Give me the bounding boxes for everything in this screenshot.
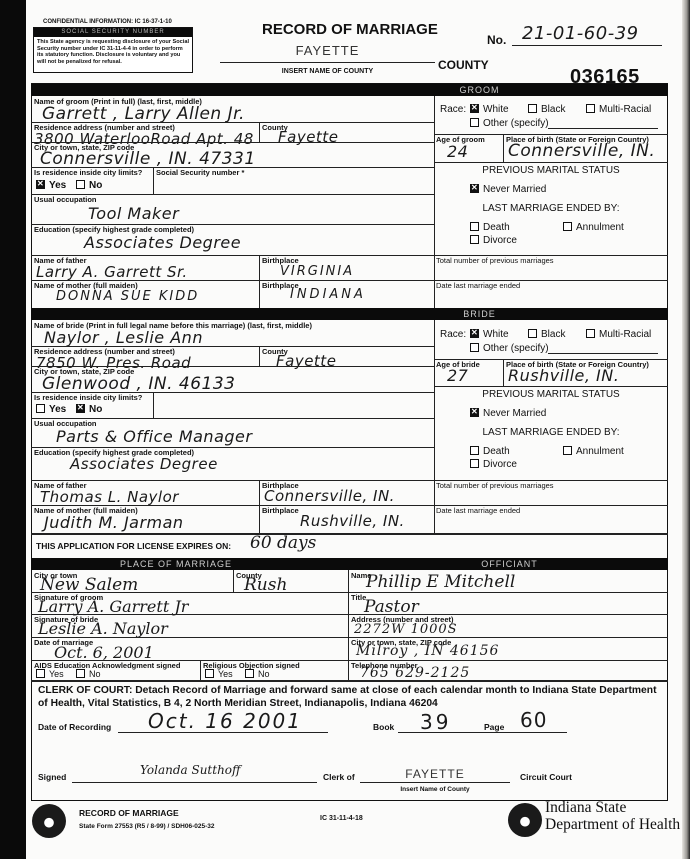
footer-form-title: RECORD OF MARRIAGE: [79, 808, 179, 818]
header-county-line: [220, 62, 435, 63]
checkbox-icon[interactable]: [245, 669, 254, 678]
option-label: White: [483, 104, 509, 115]
divider: [503, 134, 504, 162]
checkbox-checked-icon[interactable]: [470, 184, 479, 193]
bride-never-married[interactable]: Never Married: [470, 408, 546, 419]
checkbox-icon[interactable]: [470, 343, 479, 352]
religious-yes[interactable]: Yes: [205, 669, 233, 679]
checkbox-checked-icon[interactable]: [470, 329, 479, 338]
checkbox-checked-icon[interactable]: [76, 404, 85, 413]
groom-section-bar: GROOM: [31, 84, 668, 96]
option-label: Yes: [49, 180, 66, 191]
option-label: Yes: [218, 669, 233, 679]
officiant-section-label: OFFICIANT: [351, 558, 668, 570]
header-county-value: FAYETTE: [220, 43, 435, 58]
ssn-notice-bar: SOCIAL SECURITY NUMBER: [34, 28, 192, 37]
recording-date-field[interactable]: Oct. 16 2001: [148, 709, 302, 733]
scan-left-border: [0, 0, 26, 859]
checkbox-icon[interactable]: [528, 104, 537, 113]
groom-column-divider: [434, 96, 435, 308]
groom-education-field[interactable]: Associates Degree: [84, 233, 241, 252]
checkbox-icon[interactable]: [470, 118, 479, 127]
health-department-seal-icon: [508, 803, 542, 837]
groom-city-limits-label: Is residence inside city limits?: [34, 168, 142, 177]
checkbox-icon[interactable]: [586, 104, 595, 113]
bride-race-other[interactable]: Other (specify): [470, 343, 549, 354]
option-label: Never Married: [483, 408, 546, 419]
clerk-of-label: Clerk of: [323, 772, 355, 782]
divider: [503, 359, 504, 386]
bride-prev-status-heading: PREVIOUS MARITAL STATUS: [434, 389, 668, 400]
groom-occupation-label: Usual occupation: [34, 195, 97, 204]
clerk-county-caption: Insert Name of County: [360, 786, 510, 793]
clerk-instruction: CLERK OF COURT: Detach Record of Marriag…: [38, 684, 664, 710]
checkbox-icon[interactable]: [36, 404, 45, 413]
option-label: White: [483, 329, 509, 340]
bride-section-bar: BRIDE: [31, 308, 668, 320]
groom-ssn-label: Social Security number *: [156, 168, 244, 177]
bride-city-field[interactable]: Glenwood , IN. 46133: [42, 374, 235, 394]
option-label: No: [89, 669, 101, 679]
bride-section-label: BRIDE: [463, 309, 496, 319]
option-label: No: [89, 404, 102, 415]
aids-yes[interactable]: Yes: [36, 669, 64, 679]
license-expires-field[interactable]: 60 days: [250, 533, 316, 553]
ssn-notice-text: This State agency is requesting disclosu…: [34, 37, 192, 67]
officiant-name-field[interactable]: Phillip E Mitchell: [366, 572, 515, 592]
officiant-phone-field[interactable]: 765 629-2125: [360, 665, 470, 681]
groom-ended-death[interactable]: Death: [470, 222, 510, 233]
bride-occupation-field[interactable]: Parts & Office Manager: [56, 427, 252, 446]
header-county-caption: INSERT NAME OF COUNTY: [220, 68, 435, 75]
groom-prev-status-heading: PREVIOUS MARITAL STATUS: [434, 165, 668, 176]
bride-last-ended-heading: LAST MARRIAGE ENDED BY:: [434, 427, 668, 438]
place-column-divider: [348, 570, 349, 680]
groom-father-birthplace-field[interactable]: VIRGINIA: [280, 264, 354, 279]
groom-last-ended-heading: LAST MARRIAGE ENDED BY:: [434, 203, 668, 214]
aids-no[interactable]: No: [76, 669, 101, 679]
groom-race-other-line: [548, 128, 658, 129]
divider: [233, 570, 234, 592]
divider: [360, 782, 510, 783]
groom-race-white[interactable]: White: [470, 104, 509, 115]
option-label: Annulment: [576, 222, 624, 233]
clerk-county-field[interactable]: FAYETTE: [360, 767, 510, 781]
checkbox-icon[interactable]: [470, 446, 479, 455]
divider: [259, 122, 260, 142]
recording-date-label: Date of Recording: [38, 722, 111, 732]
checkbox-icon[interactable]: [76, 669, 85, 678]
checkbox-icon[interactable]: [470, 222, 479, 231]
state-seal-icon: [32, 804, 66, 838]
divider: [31, 533, 668, 535]
bride-city-limits-yes[interactable]: Yes: [36, 404, 66, 415]
groom-ended-divorce[interactable]: Divorce: [470, 235, 517, 246]
option-label: Multi-Racial: [599, 329, 651, 340]
option-label: Multi-Racial: [599, 104, 651, 115]
scan-right-edge: [682, 0, 690, 859]
divider: [348, 592, 668, 593]
divider: [505, 732, 567, 733]
option-label: Other (specify): [483, 343, 549, 354]
groom-city-field[interactable]: Connersville , IN. 47331: [40, 149, 256, 169]
bride-race-black[interactable]: Black: [528, 329, 565, 340]
signed-label: Signed: [38, 772, 66, 782]
groom-total-prev-label[interactable]: Total number of previous marriages: [436, 256, 554, 265]
place-officiant-bar: PLACE OF MARRIAGE OFFICIANT: [31, 558, 668, 570]
option-label: Death: [483, 446, 510, 457]
groom-race-label: Race:: [440, 104, 466, 115]
bride-total-prev-label[interactable]: Total number of previous marriages: [436, 481, 554, 490]
divider: [31, 680, 668, 682]
bride-mother-birthplace-label: Birthplace: [262, 506, 299, 515]
marriage-record-page: CONFIDENTIAL INFORMATION: IC 16-37-1-10 …: [0, 0, 690, 859]
checkbox-icon[interactable]: [36, 669, 45, 678]
groom-name-field[interactable]: Garrett , Larry Allen Jr.: [42, 104, 245, 124]
bride-father-field[interactable]: Thomas L. Naylor: [40, 488, 179, 506]
option-label: Divorce: [483, 459, 517, 470]
groom-occupation-field[interactable]: Tool Maker: [88, 204, 179, 223]
option-label: Annulment: [576, 446, 624, 457]
option-label: Black: [541, 329, 565, 340]
option-label: Other (specify): [483, 118, 549, 129]
divider: [259, 255, 260, 308]
groom-section-label: GROOM: [460, 85, 500, 95]
groom-father-field[interactable]: Larry A. Garrett Sr.: [36, 263, 188, 281]
bride-date-last-label[interactable]: Date last marriage ended: [436, 506, 520, 515]
record-number-label: No.: [487, 33, 506, 47]
footer-statute: IC 31-11-4-18: [320, 815, 363, 822]
groom-race-multiracial[interactable]: Multi-Racial: [586, 104, 651, 115]
bride-education-field[interactable]: Associates Degree: [70, 455, 218, 473]
checkbox-icon[interactable]: [563, 446, 572, 455]
bride-father-birthplace-field[interactable]: Connersville, IN.: [264, 487, 395, 505]
footer-agency-line2: Department of Health: [545, 816, 680, 833]
license-expires-label: THIS APPLICATION FOR LICENSE EXPIRES ON:: [36, 541, 231, 551]
divider: [434, 162, 668, 163]
record-number-line: [512, 45, 662, 46]
groom-date-last-label[interactable]: Date last marriage ended: [436, 281, 520, 290]
form-title: RECORD OF MARRIAGE: [262, 21, 438, 38]
officiant-city-field[interactable]: Milroy , IN 46156: [356, 643, 499, 659]
option-label: Divorce: [483, 235, 517, 246]
bride-race-other-line: [548, 353, 658, 354]
groom-race-other[interactable]: Other (specify): [470, 118, 549, 129]
checkbox-icon[interactable]: [528, 329, 537, 338]
divider: [31, 480, 434, 481]
bride-birthplace-field[interactable]: Rushville, IN.: [508, 366, 619, 385]
checkbox-checked-icon[interactable]: [470, 408, 479, 417]
option-label: Yes: [49, 669, 64, 679]
bride-city-limits-label: Is residence inside city limits?: [34, 393, 142, 402]
groom-age-field[interactable]: 24: [447, 142, 468, 161]
groom-ended-annulment[interactable]: Annulment: [563, 222, 624, 233]
divider: [259, 346, 260, 366]
groom-city-limits-yes[interactable]: Yes: [36, 180, 66, 191]
book-label: Book: [373, 722, 394, 732]
religious-no[interactable]: No: [245, 669, 270, 679]
page-field[interactable]: 60: [520, 708, 547, 732]
circuit-court-label: Circuit Court: [520, 772, 572, 782]
ssn-notice-box: SOCIAL SECURITY NUMBER This State agency…: [33, 27, 193, 73]
page-label: Page: [484, 722, 504, 732]
groom-mother-birthplace-field[interactable]: INDIANA: [290, 287, 366, 302]
divider: [398, 732, 506, 733]
checkbox-icon[interactable]: [563, 222, 572, 231]
checkbox-icon[interactable]: [470, 235, 479, 244]
groom-mother-field[interactable]: DONNA SUE KIDD: [56, 289, 199, 304]
footer-agency-line1: Indiana State: [545, 799, 680, 816]
groom-birthplace-field[interactable]: Connersville, IN.: [508, 141, 655, 161]
record-number-value: 21-01-60-39: [522, 23, 639, 44]
checkbox-icon[interactable]: [586, 329, 595, 338]
bride-age-field[interactable]: 27: [447, 366, 468, 385]
divider: [72, 782, 317, 783]
option-label: Never Married: [483, 184, 546, 195]
bride-ended-annulment[interactable]: Annulment: [563, 446, 624, 457]
bride-name-field[interactable]: Naylor , Leslie Ann: [44, 328, 203, 347]
option-label: Yes: [49, 404, 66, 415]
officiant-address-field[interactable]: 2272W 1000S: [354, 622, 458, 637]
option-label: Death: [483, 222, 510, 233]
groom-county-field[interactable]: Fayette: [278, 128, 338, 146]
checkbox-icon[interactable]: [76, 180, 85, 189]
checkbox-checked-icon[interactable]: [36, 180, 45, 189]
bride-ended-divorce[interactable]: Divorce: [470, 459, 517, 470]
bride-race-white[interactable]: White: [470, 329, 509, 340]
footer-agency: Indiana State Department of Health: [545, 799, 680, 833]
place-section-label: PLACE OF MARRIAGE: [31, 558, 321, 570]
checkbox-checked-icon[interactable]: [470, 104, 479, 113]
bride-mother-field[interactable]: Judith M. Jarman: [44, 513, 184, 532]
option-label: Black: [541, 104, 565, 115]
checkbox-icon[interactable]: [470, 459, 479, 468]
footer-form-number: State Form 27553 (R5 / 8-99) / SDH06-025…: [79, 823, 214, 830]
bride-ended-death[interactable]: Death: [470, 446, 510, 457]
divider: [259, 480, 260, 533]
bride-race-label: Race:: [440, 329, 466, 340]
option-label: No: [89, 180, 102, 191]
groom-never-married[interactable]: Never Married: [470, 184, 546, 195]
divider: [153, 392, 154, 418]
groom-race-black[interactable]: Black: [528, 104, 565, 115]
divider: [200, 660, 201, 680]
option-label: No: [258, 669, 270, 679]
divider: [153, 167, 154, 194]
divider: [31, 255, 434, 256]
groom-city-limits-no[interactable]: No: [76, 180, 102, 191]
bride-signature-field[interactable]: Leslie A. Naylor: [38, 619, 168, 638]
header-county-label: COUNTY: [438, 58, 489, 72]
bride-race-multiracial[interactable]: Multi-Racial: [586, 329, 651, 340]
confidential-notice: CONFIDENTIAL INFORMATION: IC 16-37-1-10: [43, 19, 172, 25]
bride-city-limits-no[interactable]: No: [76, 404, 102, 415]
clerk-signature-field[interactable]: Yolanda Sutthoff: [140, 763, 241, 777]
book-field[interactable]: 39: [420, 710, 451, 734]
bride-mother-birthplace-field[interactable]: Rushville, IN.: [300, 512, 405, 530]
bride-county-field[interactable]: Fayette: [276, 352, 336, 370]
checkbox-icon[interactable]: [205, 669, 214, 678]
divider: [434, 386, 668, 387]
